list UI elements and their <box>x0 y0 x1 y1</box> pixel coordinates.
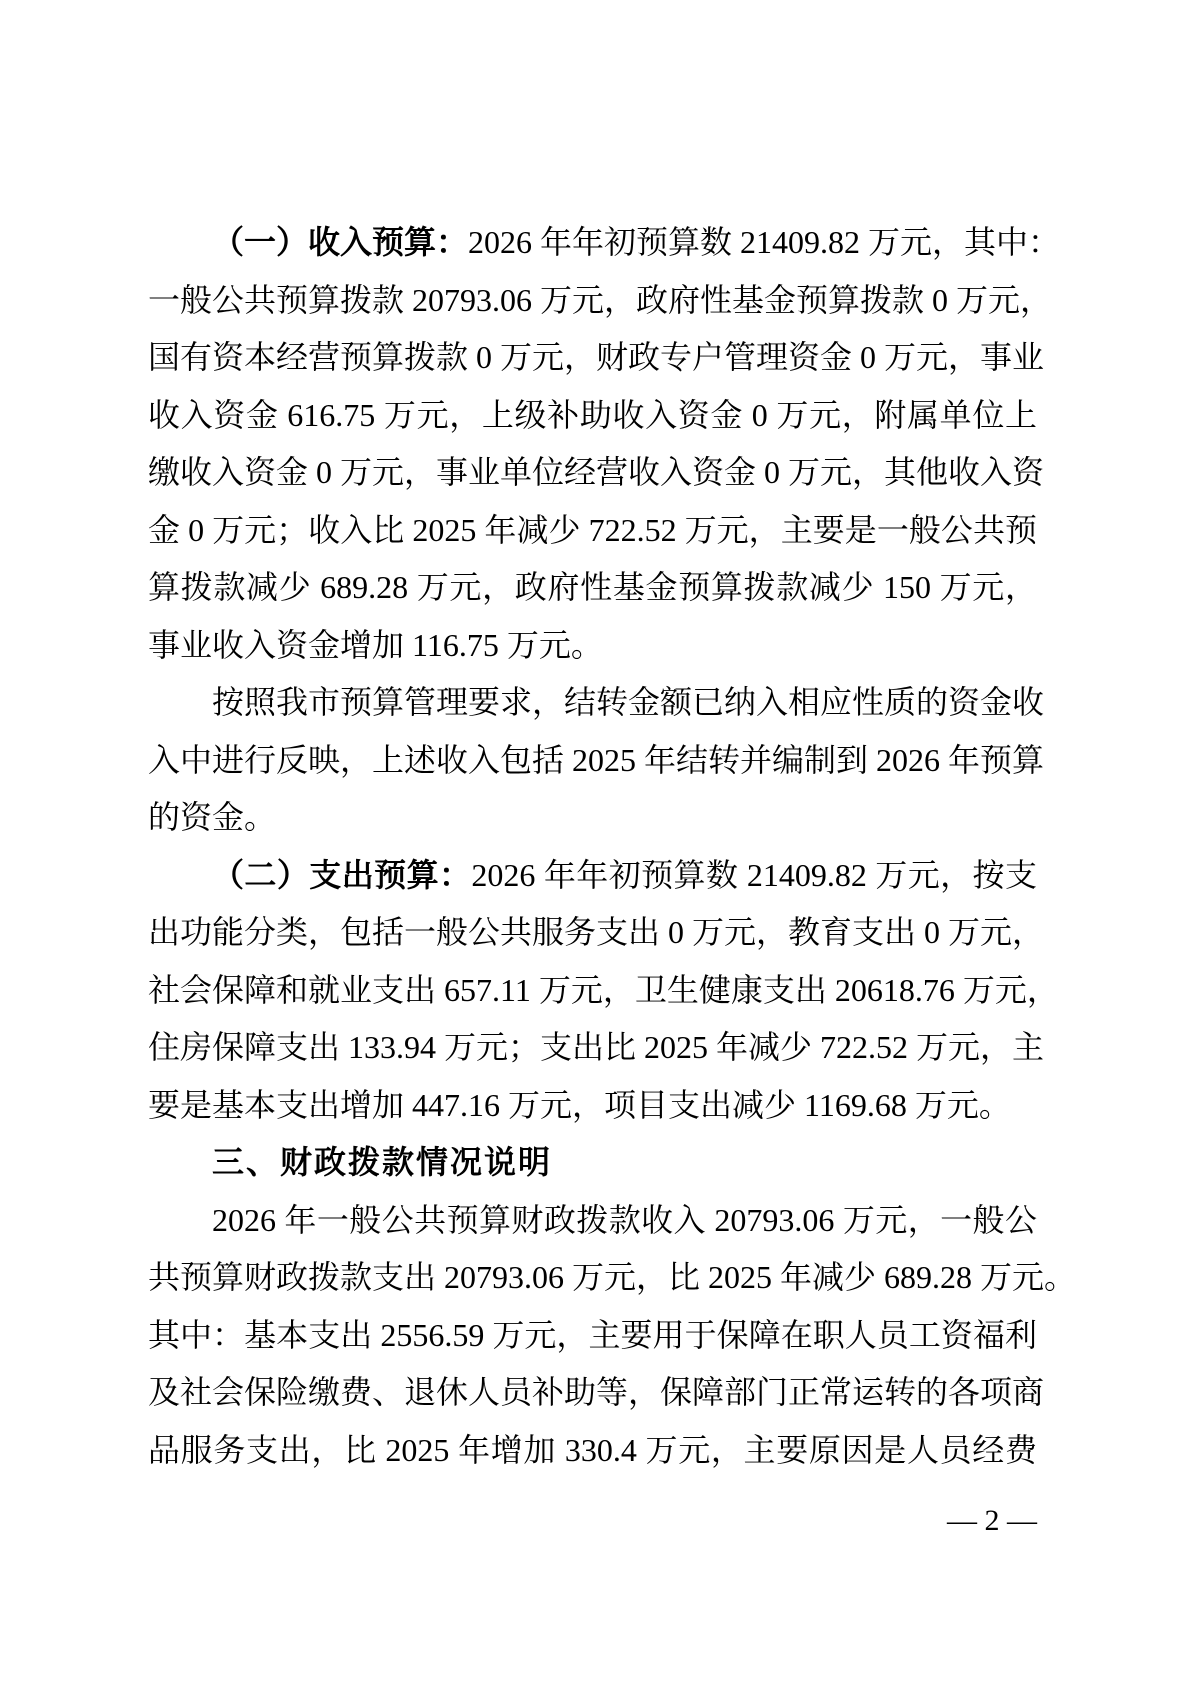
text-line: 收入资金 616.75 万元，上级补助收入资金 0 万元，附属单位上 <box>148 387 1037 445</box>
text-line: 共预算财政拨款支出 20793.06 万元，比 2025 年减少 689.28 … <box>148 1249 1037 1307</box>
document-body: （一）收入预算：2026 年年初预算数 21409.82 万元，其中：一般公共预… <box>148 214 1037 1479</box>
text-line: 事业收入资金增加 116.75 万元。 <box>148 617 1037 675</box>
text-line: （一）收入预算：2026 年年初预算数 21409.82 万元，其中： <box>148 214 1037 272</box>
text-line: 缴收入资金 0 万元，事业单位经营收入资金 0 万元，其他收入资 <box>148 444 1037 502</box>
text-run: 2026 年年初预算数 21409.82 万元，按支 <box>471 857 1037 893</box>
paragraph-label: （一）收入预算： <box>212 224 468 260</box>
text-line: 及社会保险缴费、退休人员补助等，保障部门正常运转的各项商 <box>148 1364 1037 1422</box>
text-run: 2026 年年初预算数 21409.82 万元，其中： <box>468 224 1060 260</box>
text-line: 2026 年一般公共预算财政拨款收入 20793.06 万元，一般公 <box>148 1192 1037 1250</box>
text-line: 要是基本支出增加 447.16 万元，项目支出减少 1169.68 万元。 <box>148 1077 1037 1135</box>
text-line: 一般公共预算拨款 20793.06 万元，政府性基金预算拨款 0 万元， <box>148 272 1037 330</box>
text-line: 按照我市预算管理要求，结转金额已纳入相应性质的资金收 <box>148 674 1037 732</box>
paragraph-label: （二）支出预算： <box>212 857 471 893</box>
section-heading: 三、财政拨款情况说明 <box>148 1134 1037 1192</box>
text-line: （二）支出预算：2026 年年初预算数 21409.82 万元，按支 <box>148 847 1037 905</box>
text-line: 其中：基本支出 2556.59 万元，主要用于保障在职人员工资福利 <box>148 1307 1037 1365</box>
text-line: 品服务支出，比 2025 年增加 330.4 万元，主要原因是人员经费 <box>148 1422 1037 1480</box>
page-number: — 2 — <box>947 1492 1037 1550</box>
text-line: 入中进行反映，上述收入包括 2025 年结转并编制到 2026 年预算 <box>148 732 1037 790</box>
text-line: 社会保障和就业支出 657.11 万元，卫生健康支出 20618.76 万元， <box>148 962 1037 1020</box>
text-line: 出功能分类，包括一般公共服务支出 0 万元，教育支出 0 万元， <box>148 904 1037 962</box>
text-line: 的资金。 <box>148 789 1037 847</box>
text-line: 住房保障支出 133.94 万元；支出比 2025 年减少 722.52 万元，… <box>148 1019 1037 1077</box>
document-page: （一）收入预算：2026 年年初预算数 21409.82 万元，其中：一般公共预… <box>0 0 1190 1683</box>
text-line: 金 0 万元；收入比 2025 年减少 722.52 万元，主要是一般公共预 <box>148 502 1037 560</box>
text-line: 算拨款减少 689.28 万元，政府性基金预算拨款减少 150 万元， <box>148 559 1037 617</box>
text-line: 国有资本经营预算拨款 0 万元，财政专户管理资金 0 万元，事业 <box>148 329 1037 387</box>
